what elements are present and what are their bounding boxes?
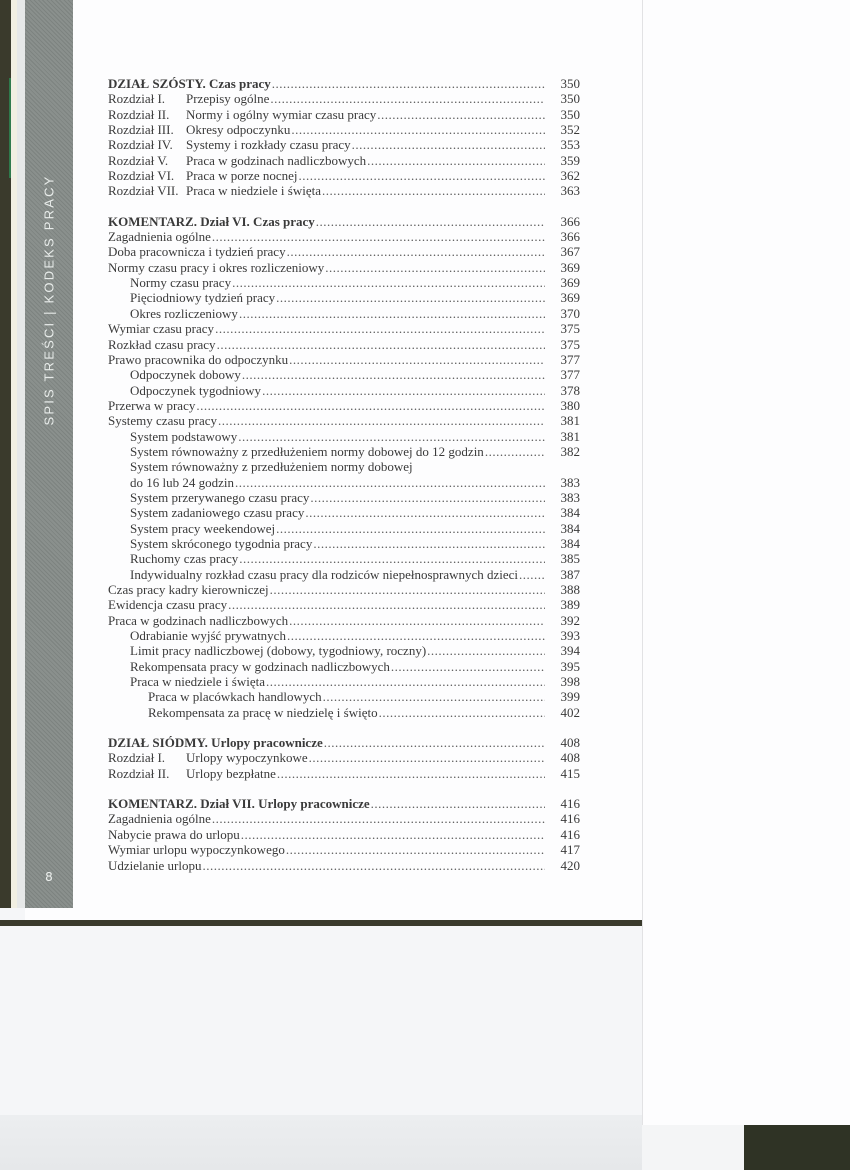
dot-leader bbox=[228, 597, 545, 612]
toc-entry-title: System przerywanego czasu pracy bbox=[130, 490, 309, 505]
toc-entry-page: 383 bbox=[554, 475, 580, 490]
toc-entry-page: 377 bbox=[554, 367, 580, 382]
toc-entry-page: 381 bbox=[554, 413, 580, 428]
toc-entry-prefix: Rozdział V. bbox=[108, 153, 186, 168]
dot-leader bbox=[287, 628, 545, 643]
toc-entry-page: 366 bbox=[554, 214, 580, 229]
dot-leader bbox=[241, 827, 545, 842]
toc-entry-title: Doba pracownicza i tydzień pracy bbox=[108, 244, 286, 259]
toc-entry-title: System pracy weekendowej bbox=[130, 521, 275, 536]
toc-entry: Normy czasu pracy369 bbox=[108, 275, 580, 290]
dot-leader bbox=[289, 613, 545, 628]
toc-entry: Systemy czasu pracy381 bbox=[108, 413, 580, 428]
toc-entry: Doba pracownicza i tydzień pracy367 bbox=[108, 244, 580, 259]
toc-entry: System podstawowy381 bbox=[108, 429, 580, 444]
toc-entry: Rozdział I.Przepisy ogólne350 bbox=[108, 91, 580, 106]
toc-entry-title: Praca w godzinach nadliczbowych bbox=[186, 153, 366, 168]
dot-leader bbox=[276, 290, 545, 305]
toc-entry-title: Urlopy bezpłatne bbox=[186, 766, 276, 781]
toc-entry: System równoważny z przedłużeniem normy … bbox=[108, 459, 580, 474]
toc-entry-title: Systemy czasu pracy bbox=[108, 413, 217, 428]
toc-entry-page: 367 bbox=[554, 244, 580, 259]
toc-entry-page: 420 bbox=[554, 858, 580, 873]
dot-leader bbox=[379, 705, 545, 720]
toc-entry-page: 369 bbox=[554, 275, 580, 290]
toc-entry-title: Odpoczynek tygodniowy bbox=[130, 383, 261, 398]
dot-leader bbox=[239, 551, 545, 566]
toc-entry-title: Normy czasu pracy i okres rozliczeniowy bbox=[108, 260, 324, 275]
toc-entry-page: 369 bbox=[554, 290, 580, 305]
toc-entry: Pięciodniowy tydzień pracy369 bbox=[108, 290, 580, 305]
toc-entry-title: Rekompensata pracy w godzinach nadliczbo… bbox=[130, 659, 390, 674]
toc-entry-title: DZIAŁ SZÓSTY. Czas pracy bbox=[108, 76, 271, 91]
toc-entry-title: System skróconego tygodnia pracy bbox=[130, 536, 312, 551]
toc-entry: Rekompensata pracy w godzinach nadliczbo… bbox=[108, 659, 580, 674]
toc-entry-title: Odrabianie wyjść prywatnych bbox=[130, 628, 286, 643]
toc-entry-title: Praca w godzinach nadliczbowych bbox=[108, 613, 288, 628]
toc-entry-title: Pięciodniowy tydzień pracy bbox=[130, 290, 275, 305]
toc-entry-page: 387 bbox=[554, 567, 580, 582]
dot-leader bbox=[287, 244, 545, 259]
toc-entry-page: 352 bbox=[554, 122, 580, 137]
dot-leader bbox=[316, 214, 545, 229]
toc-entry-title: Okresy odpoczynku bbox=[186, 122, 290, 137]
dot-leader bbox=[367, 153, 545, 168]
toc-entry-prefix: Rozdział IV. bbox=[108, 137, 186, 152]
toc-entry: Udzielanie urlopu420 bbox=[108, 858, 580, 873]
dot-leader bbox=[239, 306, 545, 321]
toc-entry-title: Wymiar czasu pracy bbox=[108, 321, 214, 336]
toc-entry-page: 395 bbox=[554, 659, 580, 674]
toc-entry: Nabycie prawa do urlopu416 bbox=[108, 827, 580, 842]
toc-entry: Ruchomy czas pracy385 bbox=[108, 551, 580, 566]
dot-leader bbox=[262, 383, 545, 398]
toc-entry: Rozdział II.Normy i ogólny wymiar czasu … bbox=[108, 107, 580, 122]
toc-entry-page: 350 bbox=[554, 76, 580, 91]
dot-leader bbox=[218, 413, 545, 428]
toc-entry-prefix: Rozdział II. bbox=[108, 107, 186, 122]
dot-leader bbox=[309, 750, 545, 765]
toc-entry-title: Zagadnienia ogólne bbox=[108, 811, 211, 826]
toc-entry-title: System równoważny z przedłużeniem normy … bbox=[130, 459, 413, 474]
dot-leader bbox=[325, 260, 545, 275]
toc-entry: System skróconego tygodnia pracy384 bbox=[108, 536, 580, 551]
toc-entry-title: Limit pracy nadliczbowej (dobowy, tygodn… bbox=[130, 643, 426, 658]
toc-entry-page: 408 bbox=[554, 735, 580, 750]
toc-entry-page: 392 bbox=[554, 613, 580, 628]
toc-entry-title: Systemy i rozkłady czasu pracy bbox=[186, 137, 351, 152]
toc-entry-page: 416 bbox=[554, 811, 580, 826]
toc-entry-page: 350 bbox=[554, 91, 580, 106]
toc-entry: Praca w placówkach handlowych399 bbox=[108, 689, 580, 704]
toc-entry-page: 370 bbox=[554, 306, 580, 321]
dot-leader bbox=[519, 567, 545, 582]
toc-entry: DZIAŁ SZÓSTY. Czas pracy350 bbox=[108, 76, 580, 91]
dot-leader bbox=[212, 229, 545, 244]
toc-entry-page: 362 bbox=[554, 168, 580, 183]
dot-leader bbox=[196, 398, 545, 413]
dot-leader bbox=[371, 796, 545, 811]
dot-leader bbox=[212, 811, 545, 826]
toc-entry-page: 363 bbox=[554, 183, 580, 198]
toc-entry-page: 385 bbox=[554, 551, 580, 566]
dot-leader bbox=[313, 536, 545, 551]
toc-entry-page: 384 bbox=[554, 521, 580, 536]
toc-entry: DZIAŁ SIÓDMY. Urlopy pracownicze408 bbox=[108, 735, 580, 750]
toc-entry-title: Normy i ogólny wymiar czasu pracy bbox=[186, 107, 376, 122]
toc-entry-page: 393 bbox=[554, 628, 580, 643]
dot-leader bbox=[235, 475, 545, 490]
dot-leader bbox=[310, 490, 545, 505]
toc-entry-page: 389 bbox=[554, 597, 580, 612]
toc-entry: KOMENTARZ. Dział VI. Czas pracy366 bbox=[108, 214, 580, 229]
page-bottom-edge bbox=[0, 920, 642, 926]
toc-entry-page: 350 bbox=[554, 107, 580, 122]
toc-entry-page: 416 bbox=[554, 827, 580, 842]
toc-entry-title: Rozkład czasu pracy bbox=[108, 337, 216, 352]
toc-entry: Zagadnienia ogólne416 bbox=[108, 811, 580, 826]
dot-leader bbox=[427, 643, 545, 658]
dot-leader bbox=[215, 321, 545, 336]
toc-entry-page: 417 bbox=[554, 842, 580, 857]
dot-leader bbox=[286, 842, 545, 857]
toc-entry: Rozkład czasu pracy375 bbox=[108, 337, 580, 352]
toc-entry: Przerwa w pracy380 bbox=[108, 398, 580, 413]
toc-entry-prefix: Rozdział VII. bbox=[108, 183, 186, 198]
scan-background-corner bbox=[744, 1125, 850, 1170]
toc-entry-page: 402 bbox=[554, 705, 580, 720]
toc-entry: Rekompensata za pracę w niedzielę i świę… bbox=[108, 705, 580, 720]
dot-leader bbox=[217, 337, 545, 352]
sidebar-band bbox=[25, 0, 73, 908]
page-number: 8 bbox=[25, 870, 73, 884]
toc-entry-page: 378 bbox=[554, 383, 580, 398]
toc-entry: Normy czasu pracy i okres rozliczeniowy3… bbox=[108, 260, 580, 275]
toc-entry-page: 369 bbox=[554, 260, 580, 275]
toc-entry-title: KOMENTARZ. Dział VI. Czas pracy bbox=[108, 214, 315, 229]
toc-entry-title: Praca w niedziele i święta bbox=[130, 674, 265, 689]
toc-entry: Rozdział II.Urlopy bezpłatne415 bbox=[108, 766, 580, 781]
toc-entry-page: 416 bbox=[554, 796, 580, 811]
page-gutter bbox=[17, 0, 25, 908]
toc-entry-title: Urlopy wypoczynkowe bbox=[186, 750, 308, 765]
toc-entry-page: 375 bbox=[554, 337, 580, 352]
toc-entry-page: 380 bbox=[554, 398, 580, 413]
toc-entry: Praca w godzinach nadliczbowych392 bbox=[108, 613, 580, 628]
dot-leader bbox=[203, 858, 546, 873]
toc-entry: Odpoczynek dobowy377 bbox=[108, 367, 580, 382]
dot-leader bbox=[322, 183, 545, 198]
dot-leader bbox=[377, 107, 545, 122]
toc-entry: Czas pracy kadry kierowniczej388 bbox=[108, 582, 580, 597]
toc-entry-title: Rekompensata za pracę w niedzielę i świę… bbox=[148, 705, 378, 720]
toc-entry-title: System podstawowy bbox=[130, 429, 237, 444]
toc-entry: Okres rozliczeniowy370 bbox=[108, 306, 580, 321]
dot-leader bbox=[289, 352, 545, 367]
toc-entry: Ewidencja czasu pracy389 bbox=[108, 597, 580, 612]
toc-entry-page: 382 bbox=[554, 444, 580, 459]
toc-entry-prefix: Rozdział VI. bbox=[108, 168, 186, 183]
toc-entry: Prawo pracownika do odpoczynku377 bbox=[108, 352, 580, 367]
toc-entry: Odpoczynek tygodniowy378 bbox=[108, 383, 580, 398]
toc-entry: KOMENTARZ. Dział VII. Urlopy pracownicze… bbox=[108, 796, 580, 811]
toc-entry-title: Indywidualny rozkład czasu pracy dla rod… bbox=[130, 567, 518, 582]
toc-entry: System równoważny z przedłużeniem normy … bbox=[108, 444, 580, 459]
toc-entry-title: Zagadnienia ogólne bbox=[108, 229, 211, 244]
dot-leader bbox=[277, 766, 545, 781]
dot-leader bbox=[352, 137, 545, 152]
toc-entry: Wymiar czasu pracy375 bbox=[108, 321, 580, 336]
toc-entry-title: do 16 lub 24 godzin bbox=[130, 475, 234, 490]
toc-entry-title: Okres rozliczeniowy bbox=[130, 306, 238, 321]
toc-entry-title: Praca w placówkach handlowych bbox=[148, 689, 322, 704]
toc-entry: Rozdział I.Urlopy wypoczynkowe408 bbox=[108, 750, 580, 765]
toc-entry: Indywidualny rozkład czasu pracy dla rod… bbox=[108, 567, 580, 582]
toc-entry: Praca w niedziele i święta398 bbox=[108, 674, 580, 689]
toc-entry-page: 399 bbox=[554, 689, 580, 704]
toc-entry-title: Czas pracy kadry kierowniczej bbox=[108, 582, 269, 597]
toc-entry-page: 383 bbox=[554, 490, 580, 505]
dot-leader bbox=[242, 367, 545, 382]
toc-entry: System zadaniowego czasu pracy384 bbox=[108, 505, 580, 520]
toc-entry-page: 384 bbox=[554, 536, 580, 551]
toc-entry-title: Przepisy ogólne bbox=[186, 91, 269, 106]
dot-leader bbox=[276, 521, 545, 536]
toc-entry-title: DZIAŁ SIÓDMY. Urlopy pracownicze bbox=[108, 735, 323, 750]
dot-leader bbox=[291, 122, 545, 137]
scan-lower-shadow bbox=[0, 1115, 642, 1170]
toc-entry: Rozdział VII.Praca w niedziele i święta3… bbox=[108, 183, 580, 198]
toc-entry-prefix: Rozdział I. bbox=[108, 750, 186, 765]
toc-entry-title: Nabycie prawa do urlopu bbox=[108, 827, 240, 842]
toc-entry-title: KOMENTARZ. Dział VII. Urlopy pracownicze bbox=[108, 796, 370, 811]
toc-entry: do 16 lub 24 godzin383 bbox=[108, 475, 580, 490]
toc-entry-title: Praca w niedziele i święta bbox=[186, 183, 321, 198]
toc-entry: Zagadnienia ogólne366 bbox=[108, 229, 580, 244]
dot-leader bbox=[270, 582, 545, 597]
toc-entry-page: 388 bbox=[554, 582, 580, 597]
toc-entry-title: Wymiar urlopu wypoczynkowego bbox=[108, 842, 285, 857]
toc-entry-title: Przerwa w pracy bbox=[108, 398, 195, 413]
toc-entry: Rozdział V.Praca w godzinach nadliczbowy… bbox=[108, 153, 580, 168]
dot-leader bbox=[391, 659, 545, 674]
toc-entry-prefix: Rozdział II. bbox=[108, 766, 186, 781]
toc-entry: System przerywanego czasu pracy383 bbox=[108, 490, 580, 505]
toc-entry: Odrabianie wyjść prywatnych393 bbox=[108, 628, 580, 643]
toc-entry-page: 353 bbox=[554, 137, 580, 152]
toc-entry-title: Odpoczynek dobowy bbox=[130, 367, 241, 382]
toc-entry-title: Udzielanie urlopu bbox=[108, 858, 202, 873]
dot-leader bbox=[272, 76, 545, 91]
scan-right-sheet bbox=[642, 0, 850, 1125]
toc-entry-title: Normy czasu pracy bbox=[130, 275, 231, 290]
dot-leader bbox=[305, 505, 545, 520]
dot-leader bbox=[232, 275, 545, 290]
toc-entry: Rozdział III.Okresy odpoczynku352 bbox=[108, 122, 580, 137]
toc-entry: Rozdział VI.Praca w porze nocnej362 bbox=[108, 168, 580, 183]
dot-leader bbox=[323, 689, 545, 704]
toc-entry-page: 398 bbox=[554, 674, 580, 689]
table-of-contents: DZIAŁ SZÓSTY. Czas pracy350Rozdział I.Pr… bbox=[108, 76, 580, 873]
toc-entry-prefix: Rozdział III. bbox=[108, 122, 186, 137]
toc-entry-title: Ruchomy czas pracy bbox=[130, 551, 238, 566]
toc-entry: Wymiar urlopu wypoczynkowego417 bbox=[108, 842, 580, 857]
toc-entry-title: Praca w porze nocnej bbox=[186, 168, 298, 183]
dot-leader bbox=[299, 168, 545, 183]
toc-entry-page: 394 bbox=[554, 643, 580, 658]
toc-entry: Limit pracy nadliczbowej (dobowy, tygodn… bbox=[108, 643, 580, 658]
dot-leader bbox=[324, 735, 545, 750]
toc-entry-title: Ewidencja czasu pracy bbox=[108, 597, 227, 612]
dot-leader bbox=[266, 674, 545, 689]
dot-leader bbox=[485, 444, 545, 459]
dot-leader bbox=[238, 429, 545, 444]
toc-entry: System pracy weekendowej384 bbox=[108, 521, 580, 536]
toc-entry-page: 375 bbox=[554, 321, 580, 336]
toc-entry: Rozdział IV.Systemy i rozkłady czasu pra… bbox=[108, 137, 580, 152]
running-title: SPIS TREŚCI | KODEKS PRACY bbox=[42, 174, 57, 425]
toc-entry-page: 408 bbox=[554, 750, 580, 765]
toc-entry-page: 366 bbox=[554, 229, 580, 244]
toc-entry-title: System równoważny z przedłużeniem normy … bbox=[130, 444, 484, 459]
toc-entry-page: 415 bbox=[554, 766, 580, 781]
toc-entry-page: 377 bbox=[554, 352, 580, 367]
toc-entry-title: Prawo pracownika do odpoczynku bbox=[108, 352, 288, 367]
dot-leader bbox=[270, 91, 545, 106]
toc-entry-page: 384 bbox=[554, 505, 580, 520]
toc-entry-page: 359 bbox=[554, 153, 580, 168]
toc-entry-title: System zadaniowego czasu pracy bbox=[130, 505, 304, 520]
toc-entry-page: 381 bbox=[554, 429, 580, 444]
toc-entry-prefix: Rozdział I. bbox=[108, 91, 186, 106]
